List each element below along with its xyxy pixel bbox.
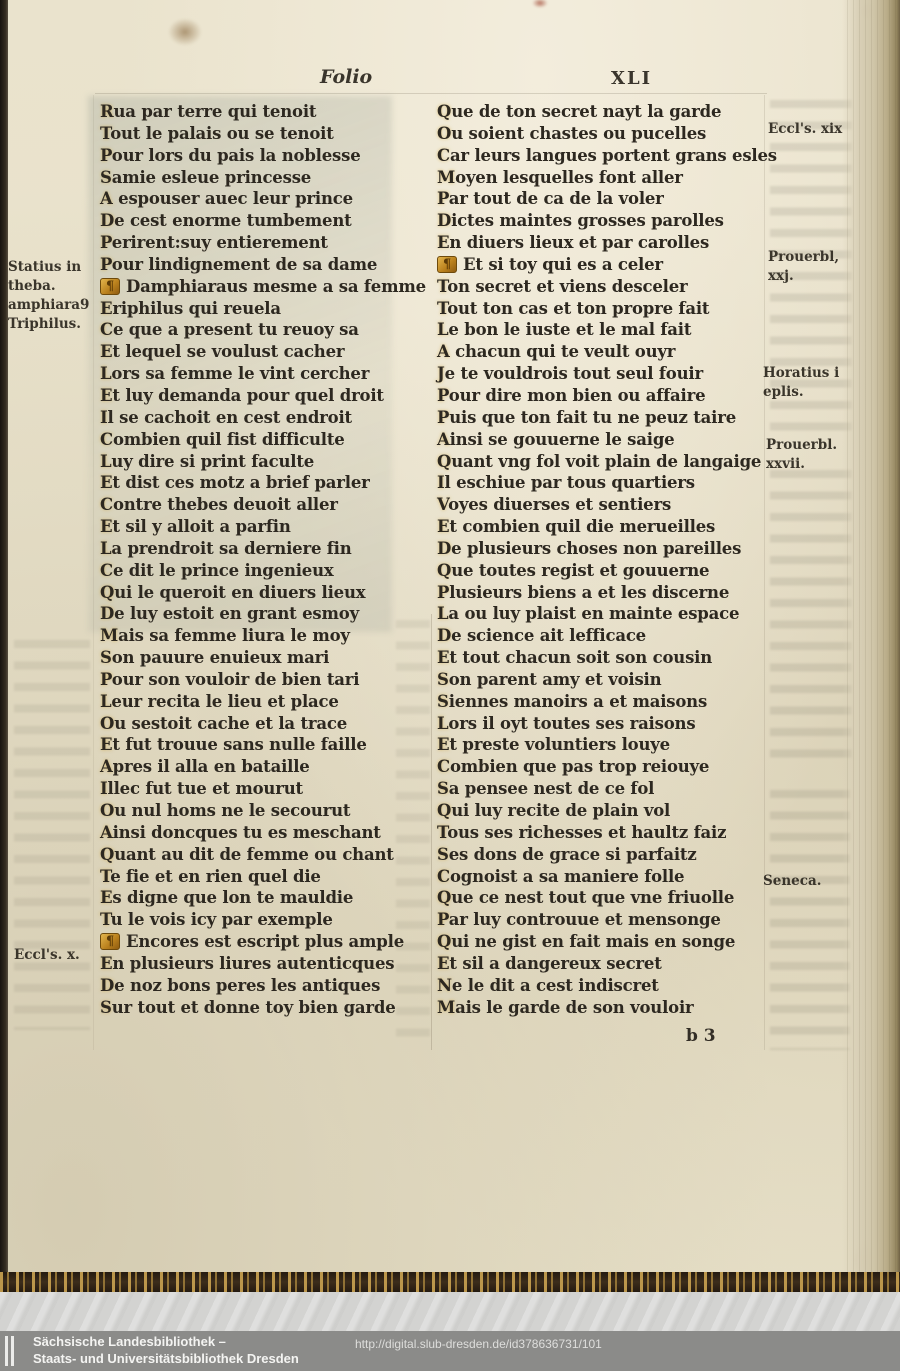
folio-heading-number: XLI xyxy=(611,68,652,89)
margin-note-proverbs-xxi: Prouerbl,xxj. xyxy=(768,248,839,286)
verse-line-text: Tout ton cas et ton propre fait xyxy=(437,299,709,318)
show-through-ghost xyxy=(770,790,850,1050)
document-url: http://digital.slub-dresden.de/id3786367… xyxy=(355,1337,602,1351)
verse-line-text: Et dist ces motz a brief parler xyxy=(100,473,370,492)
verse-line-text: De cest enorme tumbement xyxy=(100,211,352,230)
left-text-column: Rua par terre qui tenoitTout le palais o… xyxy=(100,101,435,1018)
verse-line: Dictes maintes grosses parolles xyxy=(437,210,772,232)
verse-line: Voyes diuerses et sentiers xyxy=(437,494,772,516)
verse-line-text: A espouser auec leur prince xyxy=(100,189,353,208)
verse-line: Pour dire mon bien ou affaire xyxy=(437,385,772,407)
verse-line: Combien quil fist difficulte xyxy=(100,429,435,451)
verse-line-text: Siennes manoirs a et maisons xyxy=(437,692,707,711)
verse-line: Ainsi doncques tu es meschant xyxy=(100,822,435,844)
verse-line-text: Que de ton secret nayt la garde xyxy=(437,102,721,121)
verse-line: Moyen lesquelles font aller xyxy=(437,167,772,189)
background-cloth xyxy=(0,1292,900,1331)
margin-note-ecclesiastes-x: Eccl's. x. xyxy=(14,946,80,965)
verse-line-text: Il eschiue par tous quartiers xyxy=(437,473,695,492)
verse-line-text: Le bon le iuste et le mal fait xyxy=(437,320,691,339)
verse-line: De science ait lefficace xyxy=(437,625,772,647)
margin-note-line: eplis. xyxy=(763,383,839,402)
margin-note-line: Prouerbl, xyxy=(768,248,839,267)
verse-line-text: Que ce nest tout que vne friuolle xyxy=(437,888,734,907)
verse-line: Et combien quil die merueilles xyxy=(437,516,772,538)
verse-line: Ton secret et viens desceler xyxy=(437,276,772,298)
verse-line: Son parent amy et voisin xyxy=(437,669,772,691)
margin-note-line: Seneca. xyxy=(763,872,821,891)
verse-line-text: Par tout de ca de la voler xyxy=(437,189,664,208)
verse-line-text: Moyen lesquelles font aller xyxy=(437,168,683,187)
verse-line: Ce que a present tu reuoy sa xyxy=(100,319,435,341)
verse-line-text: Et combien quil die merueilles xyxy=(437,517,715,536)
verse-line-text: Perirent:suy entierement xyxy=(100,233,328,252)
verse-line: Et tout chacun soit son cousin xyxy=(437,647,772,669)
verse-line: Puis que ton fait tu ne peuz taire xyxy=(437,407,772,429)
show-through-ghost xyxy=(770,470,852,770)
margin-note-line: theba. xyxy=(8,277,89,296)
margin-note-line: Horatius i xyxy=(763,364,839,383)
verse-line: Et luy demanda pour quel droit xyxy=(100,385,435,407)
verse-line: Et fut trouue sans nulle faille xyxy=(100,734,435,756)
verse-line-text: Ou sestoit cache et la trace xyxy=(100,714,347,733)
verse-line: Qui luy recite de plain vol xyxy=(437,800,772,822)
paragraph-mark-icon: ¶ xyxy=(100,278,120,295)
verse-line-text: Il se cachoit en cest endroit xyxy=(100,408,352,427)
verse-line-text: Ton secret et viens desceler xyxy=(437,277,688,296)
verse-line-text: Tous ses richesses et haultz faiz xyxy=(437,823,726,842)
verse-line: Tout ton cas et ton propre fait xyxy=(437,298,772,320)
binding-edge xyxy=(0,0,8,1292)
verse-line: ¶Damphiaraus mesme a sa femme xyxy=(100,276,435,298)
verse-line: Et lequel se voulust cacher xyxy=(100,341,435,363)
verse-line: Plusieurs biens a et les discerne xyxy=(437,582,772,604)
verse-line: La ou luy plaist en mainte espace xyxy=(437,603,772,625)
verse-line: Que de ton secret nayt la garde xyxy=(437,101,772,123)
verse-line-text: Que toutes regist et gouuerne xyxy=(437,561,709,580)
library-name-line1: Sächsische Landesbibliothek – xyxy=(33,1334,299,1351)
verse-line: Ou sestoit cache et la trace xyxy=(100,713,435,735)
verse-line: Il eschiue par tous quartiers xyxy=(437,472,772,494)
verse-line-text: Et sil a dangereux secret xyxy=(437,954,662,973)
verse-line-text: Pour son vouloir de bien tari xyxy=(100,670,359,689)
verse-line: Perirent:suy entierement xyxy=(100,232,435,254)
folio-heading-label: Folio xyxy=(320,66,372,88)
verse-line-text: Mais le garde de son vouloir xyxy=(437,998,694,1017)
verse-line: Par luy controuue et mensonge xyxy=(437,909,772,931)
verse-line-text: Ses dons de grace si parfaitz xyxy=(437,845,696,864)
verse-line-text: Qui le queroit en diuers lieux xyxy=(100,583,365,602)
verse-line: Pour son vouloir de bien tari xyxy=(100,669,435,691)
verse-line-text: De science ait lefficace xyxy=(437,626,646,645)
stain xyxy=(168,18,202,46)
margin-note-proverbs-xxvii: Prouerbl.xxvii. xyxy=(766,436,837,474)
verse-line-text: Rua par terre qui tenoit xyxy=(100,102,316,121)
verse-line: Et sil a dangereux secret xyxy=(437,953,772,975)
verse-line-text: Plusieurs biens a et les discerne xyxy=(437,583,729,602)
verse-line: Rua par terre qui tenoit xyxy=(100,101,435,123)
verse-line-text: Lors sa femme le vint cercher xyxy=(100,364,369,383)
verse-line-text: Sur tout et donne toy bien garde xyxy=(100,998,396,1017)
verse-line-text: De plusieurs choses non pareilles xyxy=(437,539,741,558)
verse-line: Contre thebes deuoit aller xyxy=(100,494,435,516)
verse-line: Lors il oyt toutes ses raisons xyxy=(437,713,772,735)
verse-line: Sur tout et donne toy bien garde xyxy=(100,997,435,1019)
verse-line: Ce dit le prince ingenieux xyxy=(100,560,435,582)
show-through-ghost xyxy=(14,640,90,1030)
library-name-line2: Staats- und Universitätsbibliothek Dresd… xyxy=(33,1351,299,1368)
verse-line-text: Et sil y alloit a parfin xyxy=(100,517,291,536)
verse-line-text: Pour lors du pais la noblesse xyxy=(100,146,361,165)
book-page: Folio XLI Rua par terre qui tenoitTout l… xyxy=(0,0,900,1272)
verse-line: Quant vng fol voit plain de langaige xyxy=(437,451,772,473)
verse-line-text: Et preste voluntiers louye xyxy=(437,735,670,754)
verse-line: Te fie et en rien quel die xyxy=(100,866,435,888)
margin-note-line: Eccl's. xix xyxy=(768,120,842,139)
verse-line-text: Apres il alla en bataille xyxy=(100,757,310,776)
verse-line: Il se cachoit en cest endroit xyxy=(100,407,435,429)
verse-line: Tout le palais ou se tenoit xyxy=(100,123,435,145)
verse-line-text: Quant au dit de femme ou chant xyxy=(100,845,394,864)
verse-line-text: Pour lindignement de sa dame xyxy=(100,255,377,274)
stain xyxy=(532,0,548,8)
verse-line-text: Encores est escript plus ample xyxy=(100,931,404,953)
verse-line: Illec fut tue et mourut xyxy=(100,778,435,800)
verse-line-text: Tu le vois icy par exemple xyxy=(100,910,333,929)
gilt-cover-edge xyxy=(0,1272,900,1292)
verse-line: Ainsi se gouuerne le saige xyxy=(437,429,772,451)
verse-line-text: Te fie et en rien quel die xyxy=(100,867,321,886)
margin-note-horatius: Horatius ieplis. xyxy=(763,364,839,402)
verse-line: Le bon le iuste et le mal fait xyxy=(437,319,772,341)
verse-line-text: Son pauure enuieux mari xyxy=(100,648,329,667)
verse-line-text: Et luy demanda pour quel droit xyxy=(100,386,384,405)
verse-line-text: Puis que ton fait tu ne peuz taire xyxy=(437,408,736,427)
scanned-page-view: Folio XLI Rua par terre qui tenoitTout l… xyxy=(0,0,900,1371)
verse-line: Je te vouldrois tout seul fouir xyxy=(437,363,772,385)
verse-line: Ne le dit a cest indiscret xyxy=(437,975,772,997)
verse-line-text: Ne le dit a cest indiscret xyxy=(437,976,659,995)
verse-line: De cest enorme tumbement xyxy=(100,210,435,232)
verse-line: Qui ne gist en fait mais en songe xyxy=(437,931,772,953)
verse-line: Samie esleue princesse xyxy=(100,167,435,189)
verse-line: Car leurs langues portent grans esles xyxy=(437,145,772,167)
verse-line: Par tout de ca de la voler xyxy=(437,188,772,210)
margin-note-line: Triphilus. xyxy=(8,315,89,334)
verse-line: Et preste voluntiers louye xyxy=(437,734,772,756)
verse-line-text: Leur recita le lieu et place xyxy=(100,692,339,711)
verse-line: Tous ses richesses et haultz faiz xyxy=(437,822,772,844)
verse-line-text: De luy estoit en grant esmoy xyxy=(100,604,359,623)
verse-line: Pour lindignement de sa dame xyxy=(100,254,435,276)
verse-line-text: Qui ne gist en fait mais en songe xyxy=(437,932,735,951)
verse-line-text: A chacun qui te veult ouyr xyxy=(437,342,675,361)
verse-line: A chacun qui te veult ouyr xyxy=(437,341,772,363)
verse-line-text: Et tout chacun soit son cousin xyxy=(437,648,712,667)
verse-line: Cognoist a sa maniere folle xyxy=(437,866,772,888)
margin-note-line: xxvii. xyxy=(766,455,837,474)
verse-line-text: Et fut trouue sans nulle faille xyxy=(100,735,367,754)
margin-note-line: amphiara9 xyxy=(8,296,89,315)
slub-logo-icon xyxy=(5,1336,17,1366)
verse-line-text: Et lequel se voulust cacher xyxy=(100,342,344,361)
margin-note-line: Eccl's. x. xyxy=(14,946,80,965)
verse-line: Et sil y alloit a parfin xyxy=(100,516,435,538)
verse-line: Mais sa femme liura le moy xyxy=(100,625,435,647)
frame-rule xyxy=(93,95,94,1050)
verse-line-text: Voyes diuerses et sentiers xyxy=(437,495,671,514)
verse-line: Tu le vois icy par exemple xyxy=(100,909,435,931)
verse-line-text: En plusieurs liures autenticques xyxy=(100,954,394,973)
margin-note-statius: Statius intheba.amphiara9Triphilus. xyxy=(8,258,89,334)
verse-line: ¶Et si toy qui es a celer xyxy=(437,254,772,276)
verse-line-text: Ainsi doncques tu es meschant xyxy=(100,823,381,842)
verse-line: Luy dire si print faculte xyxy=(100,451,435,473)
verse-line: Que ce nest tout que vne friuolle xyxy=(437,887,772,909)
verse-line-text: Je te vouldrois tout seul fouir xyxy=(437,364,703,383)
verse-line: Apres il alla en bataille xyxy=(100,756,435,778)
verse-line: Lors sa femme le vint cercher xyxy=(100,363,435,385)
margin-note-line: Statius in xyxy=(8,258,89,277)
verse-line-text: Pour dire mon bien ou affaire xyxy=(437,386,705,405)
right-text-column: Que de ton secret nayt la gardeOu soient… xyxy=(437,101,772,1018)
verse-line-text: Cognoist a sa maniere folle xyxy=(437,867,684,886)
verse-line: Sa pensee nest de ce fol xyxy=(437,778,772,800)
verse-line: A espouser auec leur prince xyxy=(100,188,435,210)
verse-line: Ses dons de grace si parfaitz xyxy=(437,844,772,866)
verse-line-text: Lors il oyt toutes ses raisons xyxy=(437,714,695,733)
verse-line: ¶Encores est escript plus ample xyxy=(100,931,435,953)
verse-line-text: Ou nul homs ne le secourut xyxy=(100,801,350,820)
verse-line-text: Quant vng fol voit plain de langaige xyxy=(437,452,761,471)
verse-line-text: Damphiaraus mesme a sa femme xyxy=(100,276,426,298)
verse-line: De plusieurs choses non pareilles xyxy=(437,538,772,560)
verse-line-text: Et si toy qui es a celer xyxy=(437,254,663,276)
verse-line-text: Samie esleue princesse xyxy=(100,168,311,187)
verse-line: Qui le queroit en diuers lieux xyxy=(100,582,435,604)
margin-note-seneca: Seneca. xyxy=(763,872,821,891)
verse-line: Combien que pas trop reiouye xyxy=(437,756,772,778)
verse-line-text: Es digne que lon te mauldie xyxy=(100,888,353,907)
verse-line-text: Tout le palais ou se tenoit xyxy=(100,124,334,143)
verse-line-text: Dictes maintes grosses parolles xyxy=(437,211,724,230)
paragraph-mark-icon: ¶ xyxy=(100,933,120,950)
verse-line: En diuers lieux et par carolles xyxy=(437,232,772,254)
verse-line: Quant au dit de femme ou chant xyxy=(100,844,435,866)
margin-note-ecclesiastes-xix: Eccl's. xix xyxy=(768,120,842,139)
verse-line-text: Illec fut tue et mourut xyxy=(100,779,303,798)
verse-line-text: Car leurs langues portent grans esles xyxy=(437,146,777,165)
verse-line: Son pauure enuieux mari xyxy=(100,647,435,669)
verse-line: Ou soient chastes ou pucelles xyxy=(437,123,772,145)
verse-line: En plusieurs liures autenticques xyxy=(100,953,435,975)
verse-line: La prendroit sa derniere fin xyxy=(100,538,435,560)
verse-line: Es digne que lon te mauldie xyxy=(100,887,435,909)
verse-line-text: En diuers lieux et par carolles xyxy=(437,233,709,252)
verse-line-text: Ou soient chastes ou pucelles xyxy=(437,124,706,143)
verse-line-text: Son parent amy et voisin xyxy=(437,670,661,689)
verse-line: De luy estoit en grant esmoy xyxy=(100,603,435,625)
verse-line-text: De noz bons peres les antiques xyxy=(100,976,380,995)
viewer-footer: Sächsische Landesbibliothek – Staats- un… xyxy=(0,1331,900,1371)
verse-line-text: Ce que a present tu reuoy sa xyxy=(100,320,359,339)
margin-note-line: Prouerbl. xyxy=(766,436,837,455)
verse-line: De noz bons peres les antiques xyxy=(100,975,435,997)
verse-line: Ou nul homs ne le secourut xyxy=(100,800,435,822)
verse-line-text: La prendroit sa derniere fin xyxy=(100,539,352,558)
paragraph-mark-icon: ¶ xyxy=(437,256,457,273)
verse-line-text: Mais sa femme liura le moy xyxy=(100,626,350,645)
verse-line: Et dist ces motz a brief parler xyxy=(100,472,435,494)
margin-note-line: xxj. xyxy=(768,267,839,286)
verse-line-text: Combien quil fist difficulte xyxy=(100,430,345,449)
verse-line: Leur recita le lieu et place xyxy=(100,691,435,713)
verse-line: Eriphilus qui reuela xyxy=(100,298,435,320)
verse-line: Pour lors du pais la noblesse xyxy=(100,145,435,167)
verse-line-text: Ce dit le prince ingenieux xyxy=(100,561,334,580)
verse-line-text: Eriphilus qui reuela xyxy=(100,299,281,318)
verse-line-text: Par luy controuue et mensonge xyxy=(437,910,721,929)
verse-line-text: La ou luy plaist en mainte espace xyxy=(437,604,739,623)
verse-line: Siennes manoirs a et maisons xyxy=(437,691,772,713)
verse-line-text: Ainsi se gouuerne le saige xyxy=(437,430,674,449)
verse-line-text: Contre thebes deuoit aller xyxy=(100,495,338,514)
verse-line-text: Luy dire si print faculte xyxy=(100,452,314,471)
library-name: Sächsische Landesbibliothek – Staats- un… xyxy=(33,1334,299,1367)
page-edges xyxy=(842,0,900,1284)
quire-signature: b 3 xyxy=(686,1026,716,1046)
verse-line: Que toutes regist et gouuerne xyxy=(437,560,772,582)
verse-line-text: Qui luy recite de plain vol xyxy=(437,801,670,820)
frame-rule xyxy=(95,93,767,94)
verse-line-text: Combien que pas trop reiouye xyxy=(437,757,709,776)
verse-line: Mais le garde de son vouloir xyxy=(437,997,772,1019)
verse-line-text: Sa pensee nest de ce fol xyxy=(437,779,654,798)
